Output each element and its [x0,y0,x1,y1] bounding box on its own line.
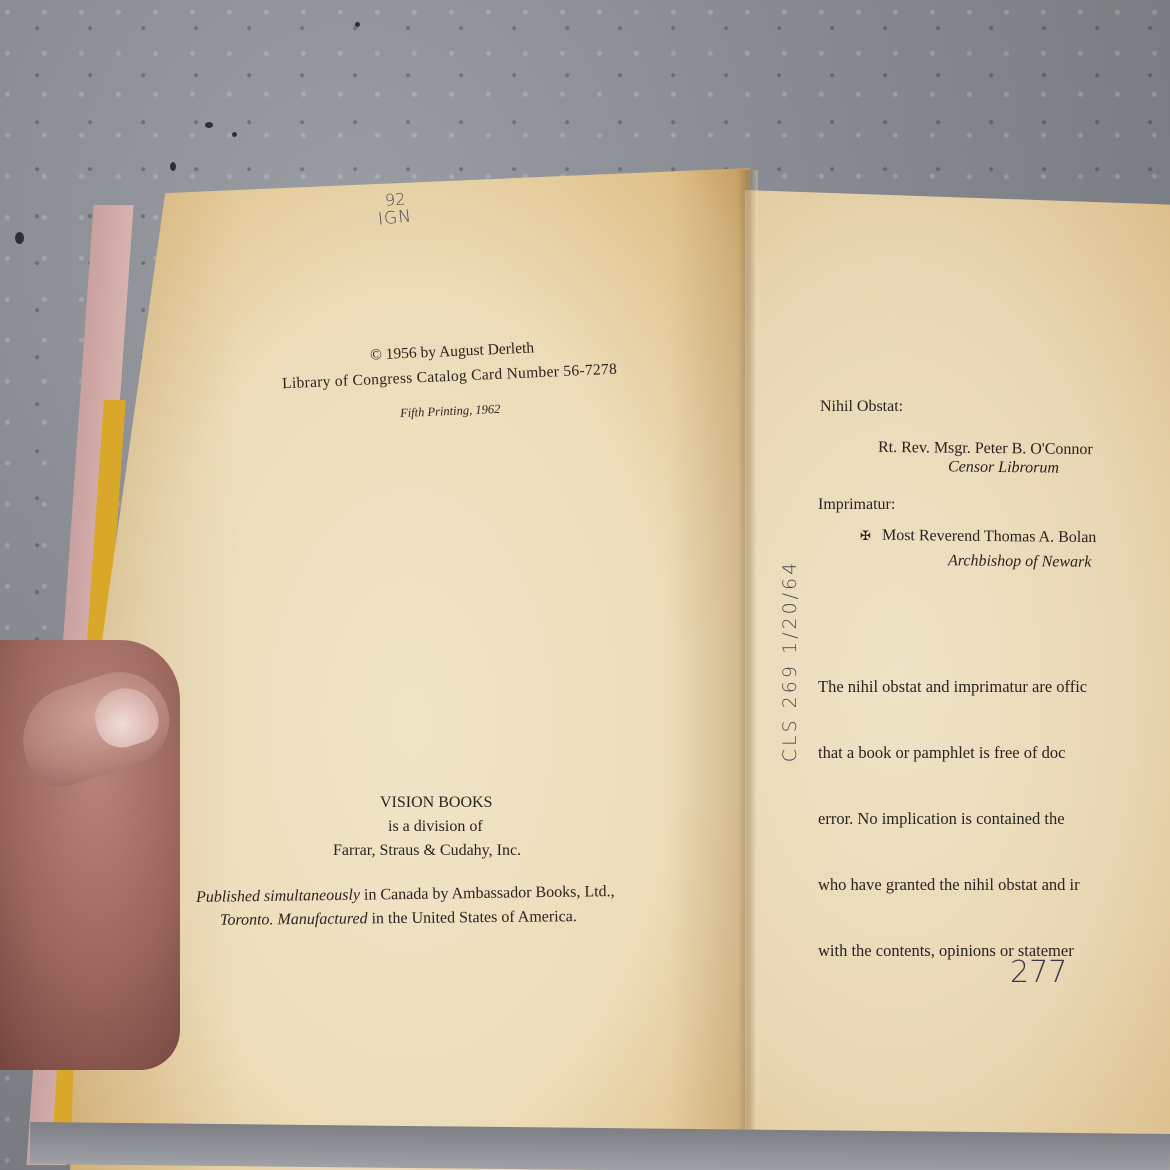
censor-name: Rt. Rev. Msgr. Peter B. O'Connor [878,439,1093,459]
nihil-obstat-label: Nihil Obstat: [820,398,903,416]
cross-icon: ✠ [860,528,871,544]
bishop-name: Most Reverend Thomas A. Bolan [882,527,1097,547]
publication-note-text: in the United States of America. [367,908,576,927]
publication-note-italic: Published simultaneously [196,887,360,906]
concrete-speck [355,22,360,27]
concrete-speck [205,122,213,128]
bishop-title: Archbishop of Newark [948,552,1092,572]
concrete-speck [232,132,237,137]
concrete-speck [170,162,176,171]
publication-note-text: in Canada by Ambassador Books, Ltd., [360,883,615,904]
disclaimer-line: The nihil obstat and imprimatur are offi… [818,676,1087,698]
disclaimer-line: that a book or pamphlet is free of doc [818,742,1087,764]
disclaimer-line: who have granted the nihil obstat and ir [818,874,1087,896]
publication-note-line2: Toronto. Manufactured in the United Stat… [220,908,577,930]
imprint-name: VISION BOOKS [380,794,492,812]
disclaimer-line: error. No implication is contained the [818,808,1087,830]
publication-note-italic: Toronto. Manufactured [220,910,368,929]
imprimatur-label: Imprimatur: [818,496,895,514]
gutter-pencil-note: CLS 269 1/20/64 [779,511,801,811]
publisher-name: Farrar, Straus & Cudahy, Inc. [333,842,521,860]
imprint-division: is a division of [388,818,483,836]
disclaimer-paragraph: The nihil obstat and imprimatur are offi… [818,632,1087,984]
book-gutter [738,170,758,1170]
concrete-speck [15,232,24,244]
pencil-note-277: 277 [1010,955,1067,990]
pencil-note-ign: IGN [377,206,413,229]
censor-title: Censor Librorum [948,458,1059,477]
